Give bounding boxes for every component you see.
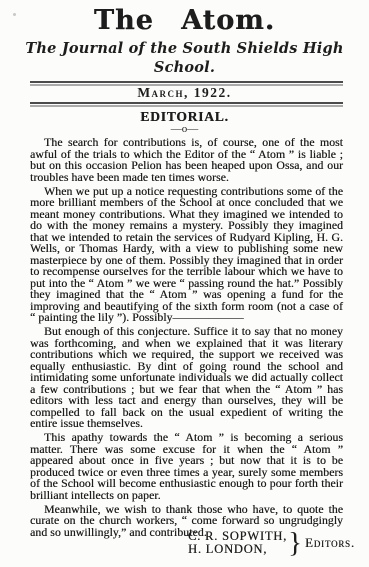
editors-label: Editors. <box>305 535 355 551</box>
section-heading: EDITORIAL. <box>0 110 369 124</box>
bottom-double-rule <box>30 102 343 104</box>
editorial-section: EDITORIAL. —o— The search for contributi… <box>0 110 369 538</box>
editorial-paragraph-2: When we put up a notice requesting contr… <box>30 186 343 324</box>
editorial-paragraph-4: This apathy towards the “ Atom ” is beco… <box>30 432 343 501</box>
editorial-paragraph-1: The search for contributions is, of cour… <box>30 137 343 183</box>
journal-page: The Atom. The Journal of the South Shiel… <box>0 0 369 567</box>
journal-title: The Atom. <box>0 0 369 36</box>
editor-names: C. R. SOPWITH, H. LONDON, <box>188 530 287 557</box>
editorial-body: The search for contributions is, of cour… <box>30 137 343 538</box>
editor-name-1: C. R. SOPWITH, <box>188 530 287 544</box>
journal-subtitle: The Journal of the South Shields High Sc… <box>0 39 369 77</box>
masthead: The Atom. The Journal of the South Shiel… <box>0 0 369 104</box>
top-double-rule <box>30 81 343 83</box>
issue-date: March, 1922. <box>0 85 369 100</box>
signature-brace: } <box>288 529 302 557</box>
scan-speck <box>13 13 16 16</box>
signature-block: C. R. SOPWITH, H. LONDON, } Editors. <box>188 529 355 557</box>
section-ornament: —o— <box>0 125 369 134</box>
editorial-paragraph-3: But enough of this conjecture. Suffice i… <box>30 326 343 430</box>
editor-name-2: H. LONDON, <box>188 543 287 557</box>
